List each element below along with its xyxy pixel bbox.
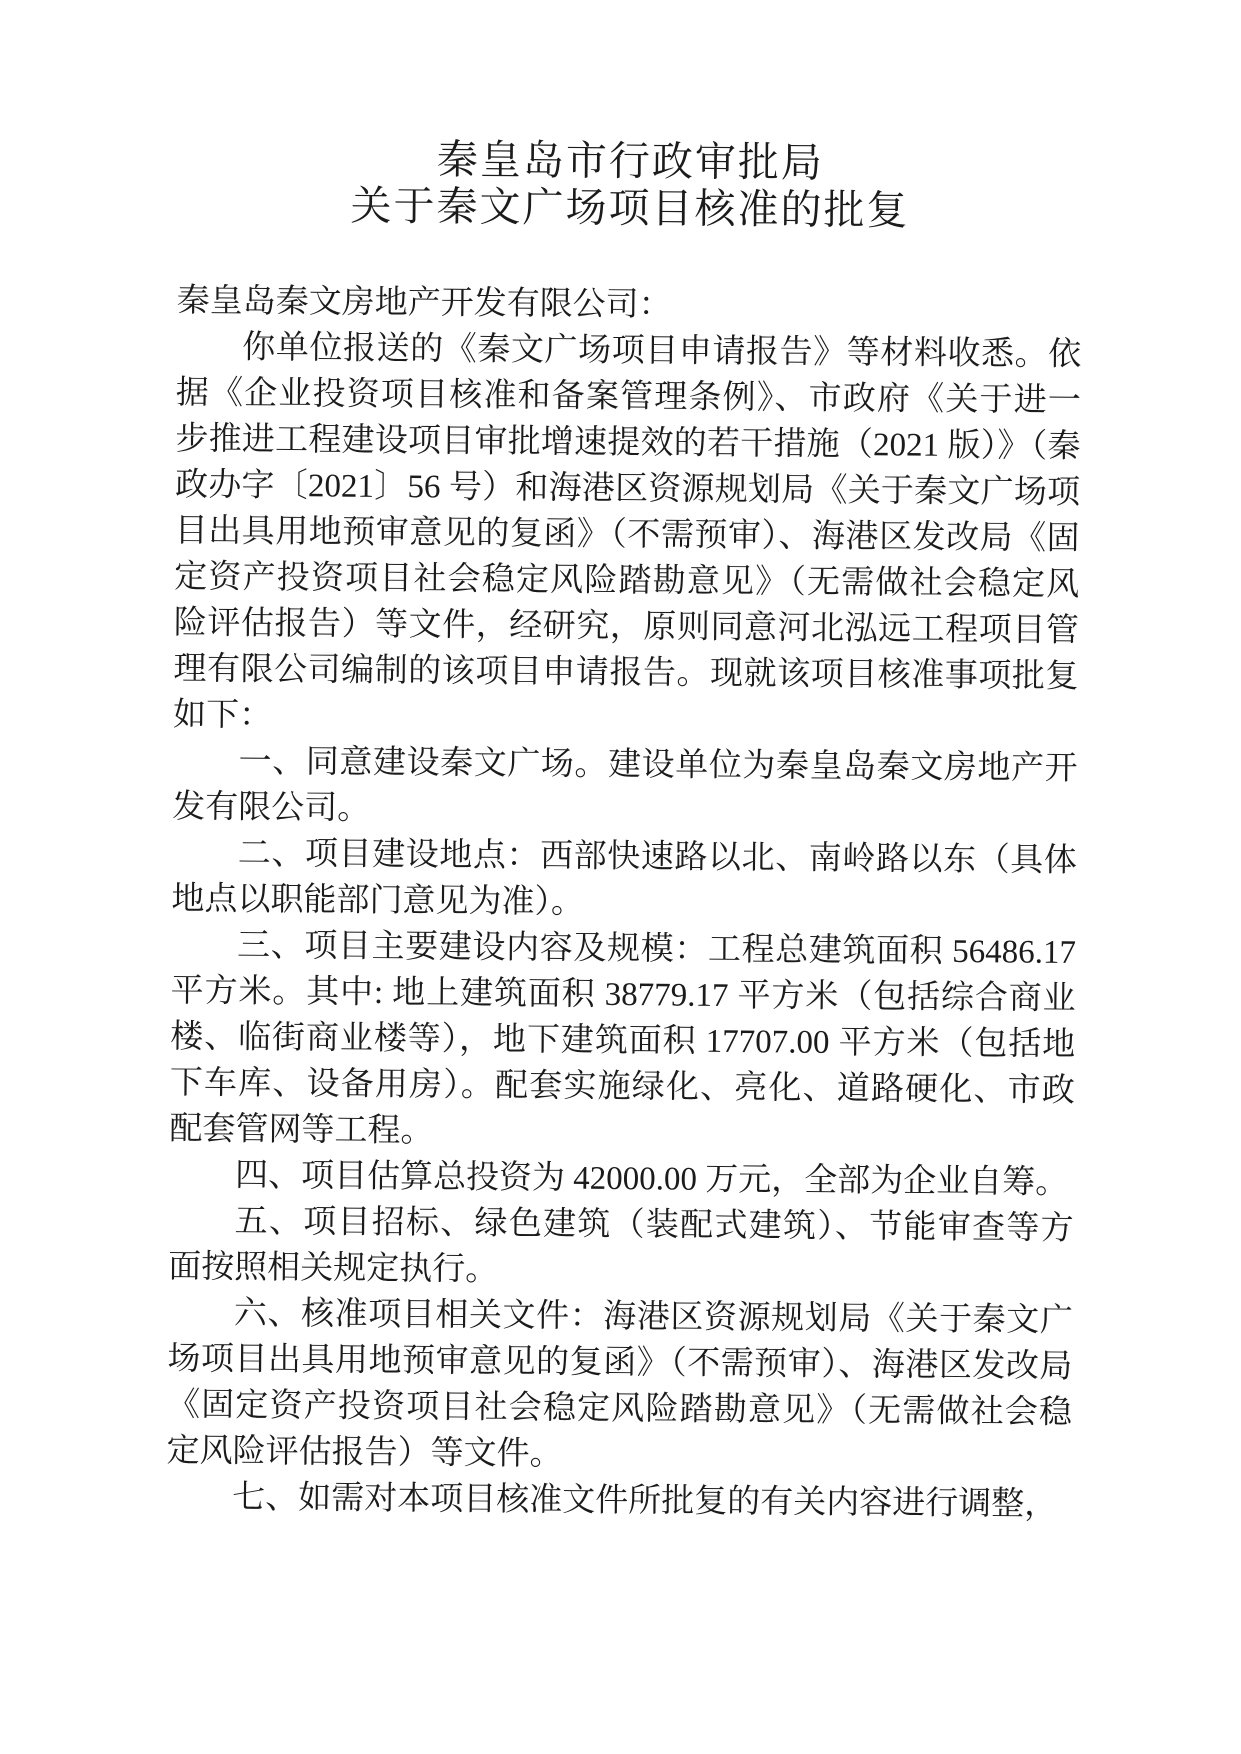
paragraph-item-6-related-documents: 六、核准项目相关文件：海港区资源规划局《关于秦文广场项目出具用地预审意见的复函》… (166, 1290, 1073, 1482)
paragraph-item-5-bidding: 五、项目招标、绿色建筑（装配式建筑）、节能审查等方面按照相关规定执行。 (168, 1198, 1074, 1298)
paragraph-intro-basis: 你单位报送的《秦文广场项目申请报告》等材料收悉。依据《企业投资项目核准和备案管理… (173, 324, 1082, 746)
paragraph-item-7-adjustment: 七、如需对本项目核准文件所批复的有关内容进行调整， (166, 1474, 1071, 1528)
title-line-subject: 关于秦文广场项目核准的批复 (177, 181, 1082, 236)
title-line-issuer: 秦皇岛市行政审批局 (178, 134, 1083, 189)
paragraph-item-2-location: 二、项目建设地点：西部快速路以北、南岭路以东（具体地点以职能部门意见为准）。 (171, 830, 1077, 930)
salutation-addressee: 秦皇岛秦文房地产开发有限公司： (176, 278, 1081, 332)
paragraph-item-1-approval: 一、同意建设秦文广场。建设单位为秦皇岛秦文房地产开发有限公司。 (172, 738, 1078, 838)
paragraph-item-4-investment: 四、项目估算总投资为 42000.00 万元，全部为企业自筹。 (169, 1152, 1074, 1206)
paragraph-item-3-scale: 三、项目主要建设内容及规模：工程总建筑面积 56486.17 平方米。其中: 地… (169, 922, 1076, 1160)
document-title: 秦皇岛市行政审批局 关于秦文广场项目核准的批复 (177, 134, 1083, 236)
document-page: 秦皇岛市行政审批局 关于秦文广场项目核准的批复 秦皇岛秦文房地产开发有限公司： … (0, 0, 1241, 1754)
document-content: 秦皇岛市行政审批局 关于秦文广场项目核准的批复 秦皇岛秦文房地产开发有限公司： … (0, 0, 1241, 1529)
